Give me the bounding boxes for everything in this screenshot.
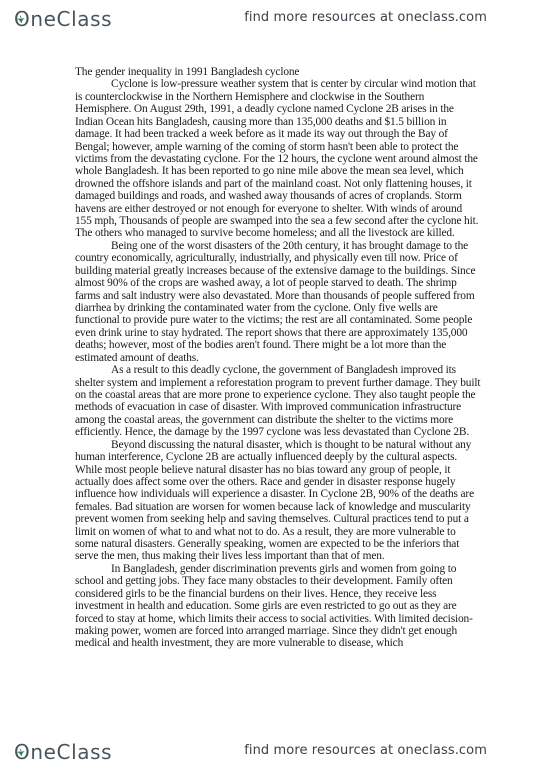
oneclass-logo: OneClass xyxy=(14,2,112,33)
header-tagline: find more resources at oneclass.com xyxy=(244,10,487,25)
paragraph: Being one of the worst disasters of the … xyxy=(75,240,481,364)
document-title: The gender inequality in 1991 Bangladesh… xyxy=(75,66,481,78)
footer-tagline: find more resources at oneclass.com xyxy=(244,743,487,758)
sprout-icon xyxy=(16,735,26,743)
paragraph: Beyond discussing the natural disaster, … xyxy=(75,439,481,563)
brand-name: OneClass xyxy=(14,7,112,31)
scanned-document-page: OneClass find more resources at oneclass… xyxy=(0,0,544,770)
document-body: The gender inequality in 1991 Bangladesh… xyxy=(75,66,481,650)
paragraph: Cyclone is low-pressure weather system t… xyxy=(75,78,481,239)
sprout-icon xyxy=(16,2,26,10)
brand-name: OneClass xyxy=(14,740,112,764)
paragraph: As a result to this deadly cyclone, the … xyxy=(75,364,481,439)
oneclass-header: OneClass find more resources at oneclass… xyxy=(14,3,487,31)
oneclass-footer: OneClass find more resources at oneclass… xyxy=(14,736,487,764)
document-paragraphs: Cyclone is low-pressure weather system t… xyxy=(75,78,481,649)
oneclass-logo: OneClass xyxy=(14,735,112,766)
paragraph: In Bangladesh, gender discrimination pre… xyxy=(75,563,481,650)
